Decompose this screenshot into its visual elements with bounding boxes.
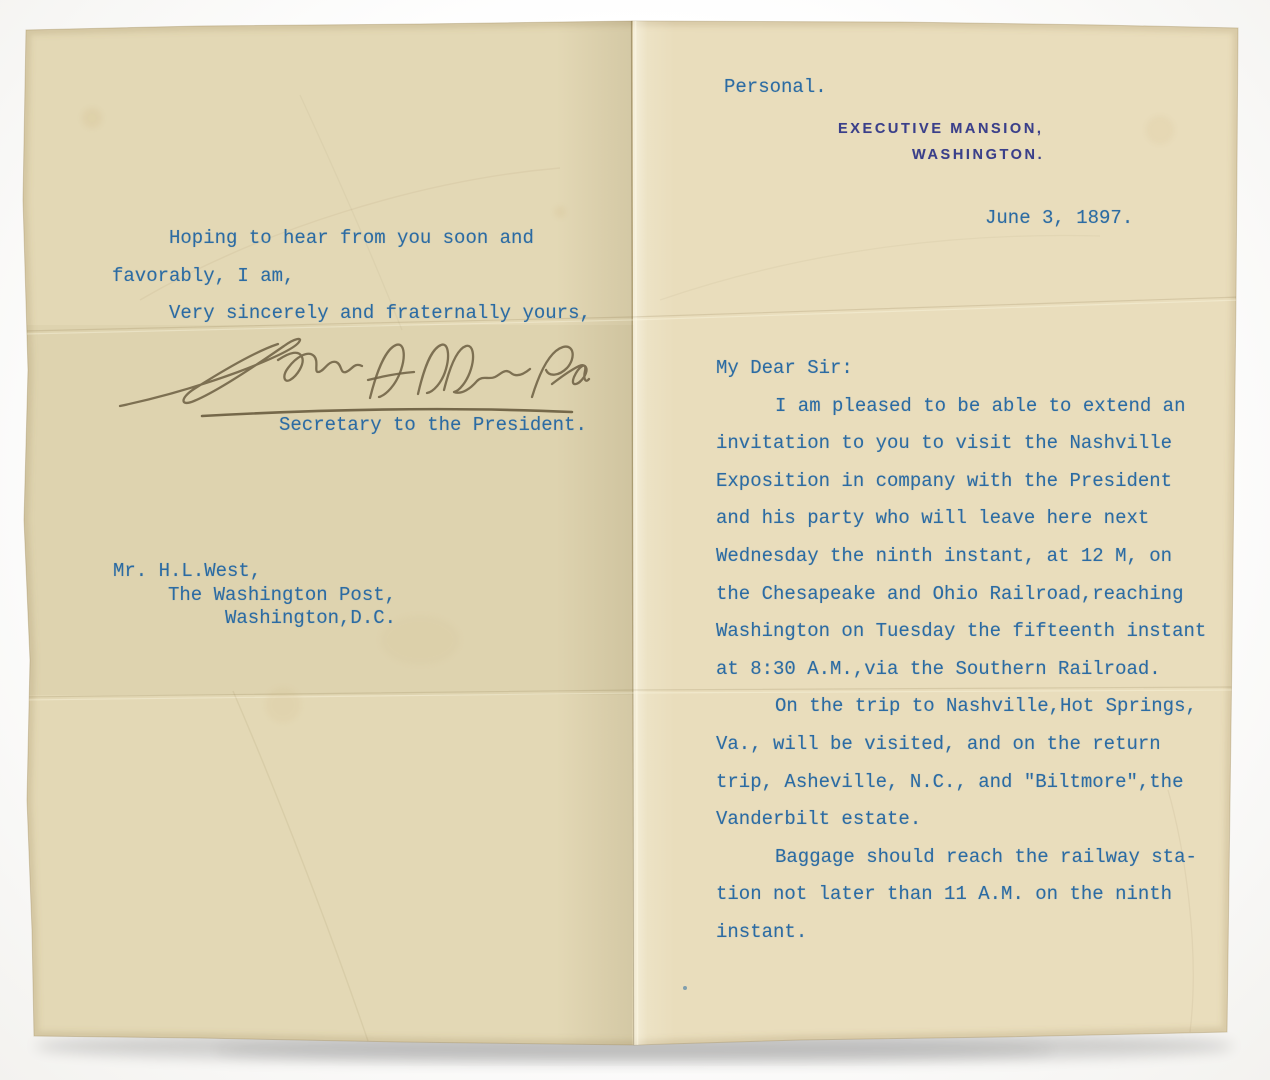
letter-line: Hoping to hear from you soon and: [112, 220, 591, 258]
closing-paragraph: Hoping to hear from you soon and favorab…: [112, 220, 591, 333]
salutation-line: My Dear Sir:: [716, 350, 1206, 388]
letter-line: Vanderbilt estate.: [716, 801, 1206, 839]
letter-body: My Dear Sir: I am pleased to be able to …: [716, 350, 1206, 952]
recipient-city-line: Washington,D.C.: [113, 607, 396, 631]
photograph-of-letter: Hoping to hear from you soon and favorab…: [0, 0, 1270, 1080]
letter-line: I am pleased to be able to extend an: [716, 388, 1206, 426]
recipient-address-block: Mr. H.L.West, The Washington Post, Washi…: [113, 560, 396, 631]
recipient-org-line: The Washington Post,: [113, 584, 396, 608]
fold-shading-right: [633, 18, 675, 1048]
letter-line: instant.: [716, 914, 1206, 952]
letter-line: Exposition in company with the President: [716, 463, 1206, 501]
left-page-tone-band: [20, 325, 634, 695]
letter-line: and his party who will leave here next: [716, 500, 1206, 538]
letter-line: Wednesday the ninth instant, at 12 M, on: [716, 538, 1206, 576]
letter-line: Baggage should reach the railway sta-: [716, 839, 1206, 877]
letter-line: favorably, I am,: [112, 258, 591, 296]
letter-line: Very sincerely and fraternally yours,: [112, 295, 591, 333]
recipient-name-line: Mr. H.L.West,: [113, 560, 396, 584]
fold-shading-left: [556, 18, 632, 1048]
letter-line: tion not later than 11 A.M. on the ninth: [716, 876, 1206, 914]
letter-line: the Chesapeake and Ohio Railroad,reachin…: [716, 576, 1206, 614]
ink-speck: [683, 986, 687, 990]
letterhead-line-washington: WASHINGTON.: [912, 147, 1044, 163]
letter-line: at 8:30 A.M.,via the Southern Railroad.: [716, 651, 1206, 689]
personal-label: Personal.: [724, 76, 827, 98]
letter-line: Washington on Tuesday the fifteenth inst…: [716, 613, 1206, 651]
letter-line: Va., will be visited, and on the return: [716, 726, 1206, 764]
letter-line: trip, Asheville, N.C., and "Biltmore",th…: [716, 764, 1206, 802]
letter-line: On the trip to Nashville,Hot Springs,: [716, 688, 1206, 726]
date-line: June 3, 1897.: [985, 207, 1133, 229]
letterhead-line-executive-mansion: EXECUTIVE MANSION,: [838, 121, 1044, 137]
signer-title-line: Secretary to the President.: [279, 414, 587, 436]
letter-line: invitation to you to visit the Nashville: [716, 425, 1206, 463]
